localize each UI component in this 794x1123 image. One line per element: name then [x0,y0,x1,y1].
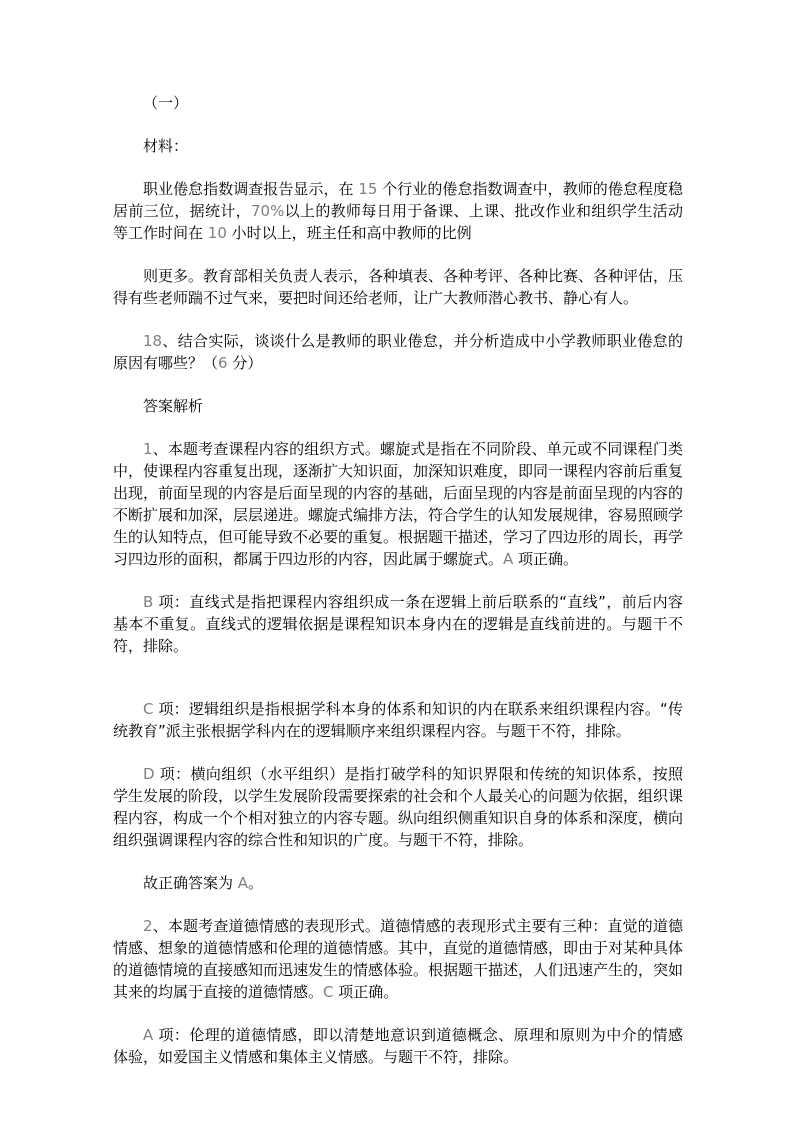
text-run: 答案解析 [143,397,203,415]
latin-run: A [238,874,248,892]
latin-run: D [143,765,155,783]
text-run: 职业倦怠指数调查报告显示，在 [143,180,358,198]
text-run: 则更多。教育部相关负责人表示，各种填表、各种考评、各种比赛、各种评估，压得有些老… [113,267,683,307]
text-run: 小时以上，班主任和高中教师的比例 [227,224,472,242]
text-run: 项：直线式是指把课程内容组织成一条在逻辑上前后联系的“直线”，前后内容基本不重复… [113,593,683,655]
text-run: 。 [248,874,263,892]
latin-run: 15 [358,180,377,198]
latin-run: B [143,593,153,611]
text-run: 项：逻辑组织是指根据学科本身的体系和知识的内在联系来组织课程内容。“传统教育”派… [113,700,683,740]
latin-run: 6 [218,354,228,372]
latin-run: C [323,983,333,1001]
latin-run: 70% [251,202,284,220]
text-run: 、本题考查课程内容的组织方式。螺旋式是指在不同阶段、单元或不同课程门类中，使课程… [113,440,683,568]
latin-run: 2 [143,917,153,935]
document-body: （一）材料：职业倦怠指数调查报告显示，在 15 个行业的倦怠指数调查中，教师的倦… [113,92,683,1089]
latin-run: 10 [208,224,227,242]
answer-2-option-a-analysis: A 项：伦理的道德情感，即以清楚地意识到道德概念、原理和原则为中介的情感体验，如… [113,1024,683,1068]
text-run: 分） [228,354,263,372]
option-d-analysis: D 项：横向组织（水平组织）是指打破学科的知识界限和传统的知识体系，按照学生发展… [113,763,683,851]
latin-run: A [503,550,513,568]
material-paragraph-1: 职业倦怠指数调查报告显示，在 15 个行业的倦怠指数调查中，教师的倦怠程度稳居前… [113,178,683,244]
section-marker: （一） [113,92,683,114]
text-run: （一） [143,94,188,112]
answer-1-analysis: 1、本题考查课程内容的组织方式。螺旋式是指在不同阶段、单元或不同课程门类中，使课… [113,438,683,570]
option-c-analysis: C 项：逻辑组织是指根据学科本身的体系和知识的内在联系来组织课程内容。“传统教育… [113,698,683,742]
answer-analysis-label: 答案解析 [113,395,683,417]
text-run: 、结合实际，谈谈什么是教师的职业倦怠，并分析造成中小学教师职业倦怠的原因有哪些？… [113,332,683,372]
latin-run: 1 [143,440,153,458]
text-run: 故正确答案为 [143,874,238,892]
latin-run: C [143,700,153,718]
text-run: 项正确。 [334,983,399,1001]
question-18: 18、结合实际，谈谈什么是教师的职业倦怠，并分析造成中小学教师职业倦怠的原因有哪… [113,330,683,374]
text-run: 项：横向组织（水平组织）是指打破学科的知识界限和传统的知识体系，按照学生发展的阶… [113,765,683,849]
answer-1-conclusion: 故正确答案为 A。 [113,872,683,894]
text-run: 项正确。 [513,550,578,568]
document-page: （一）材料：职业倦怠指数调查报告显示，在 15 个行业的倦怠指数调查中，教师的倦… [0,0,794,1123]
latin-run: A [143,1026,153,1044]
text-run: 项：伦理的道德情感，即以清楚地意识到道德概念、原理和原则为中介的情感体验，如爱国… [113,1026,683,1066]
text-run: 材料： [143,137,188,155]
answer-2-analysis: 2、本题考查道德情感的表现形式。道德情感的表现形式主要有三种：直觉的道德情感、想… [113,915,683,1003]
material-label: 材料： [113,135,683,157]
material-paragraph-2: 则更多。教育部相关负责人表示，各种填表、各种考评、各种比赛、各种评估，压得有些老… [113,265,683,309]
latin-run: 18 [143,332,162,350]
option-b-analysis: B 项：直线式是指把课程内容组织成一条在逻辑上前后联系的“直线”，前后内容基本不… [113,591,683,657]
